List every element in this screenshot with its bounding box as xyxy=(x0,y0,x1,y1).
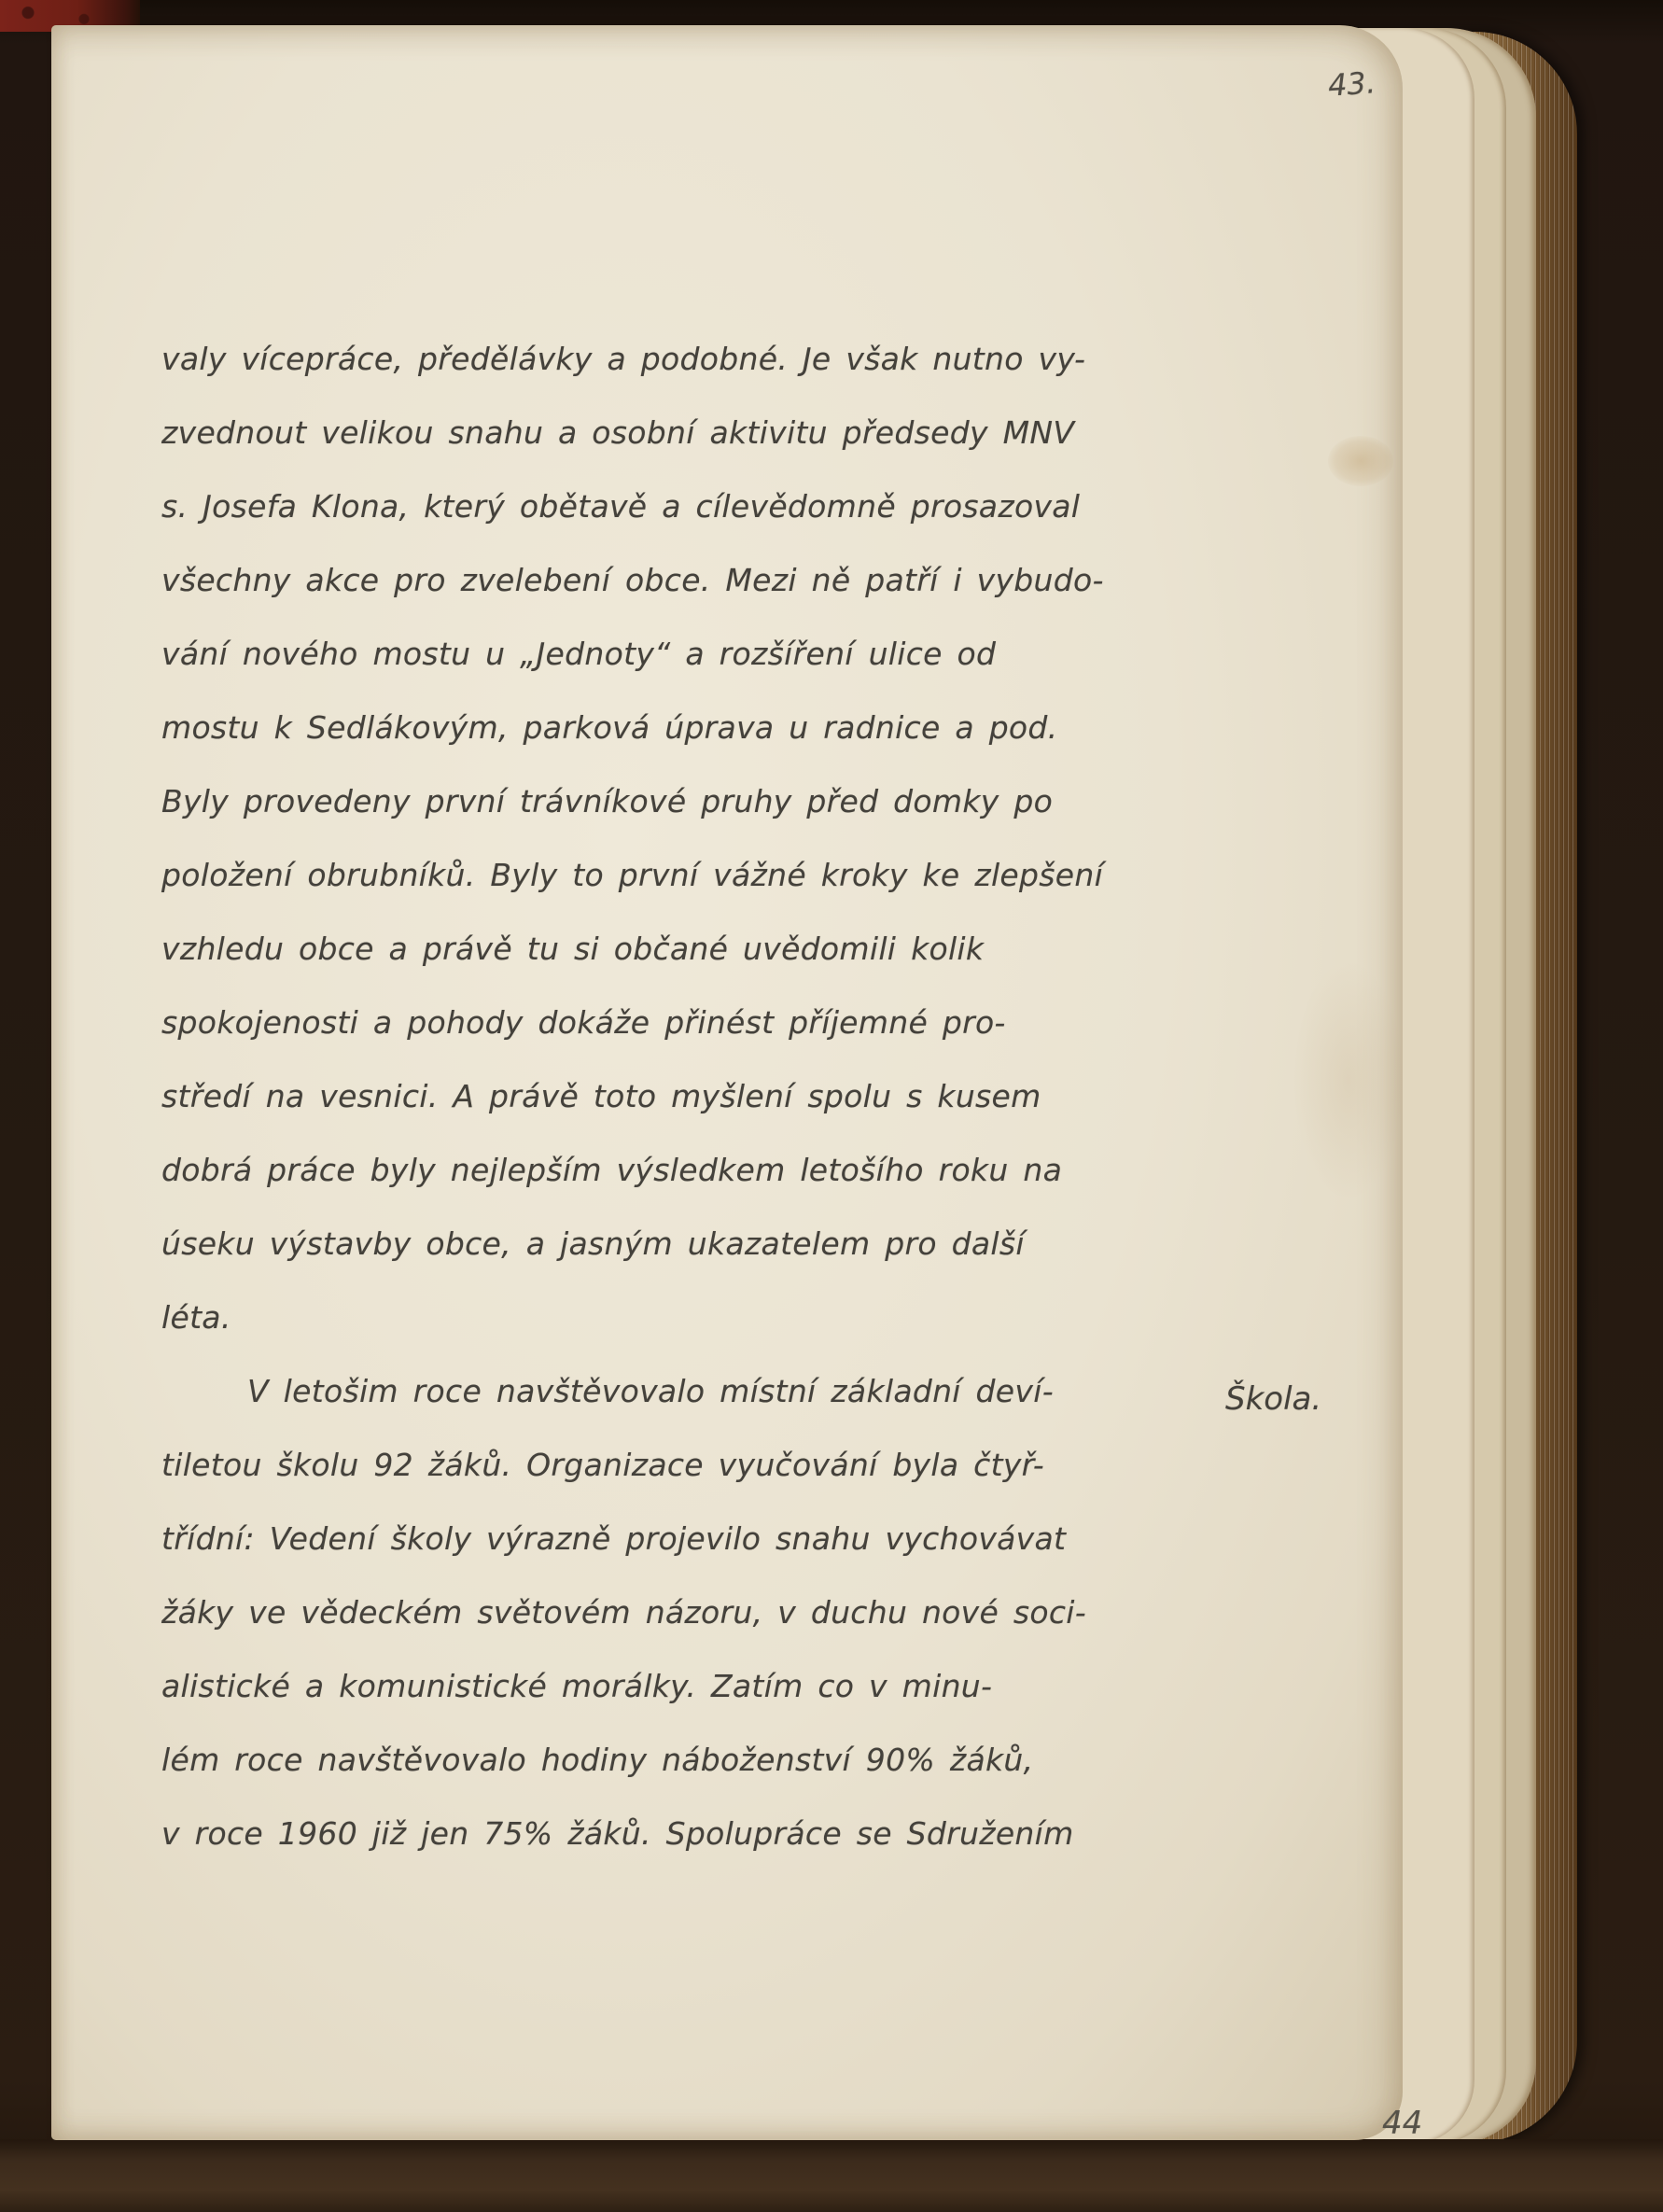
chronicle-page: 43. valy vícepráce, předělávky a podobné… xyxy=(51,25,1403,2140)
handwritten-line: žáky ve vědeckém světovém názoru, v duch… xyxy=(161,1575,1147,1649)
handwritten-line: lém roce navštěvovalo hodiny náboženství… xyxy=(161,1723,1147,1797)
paper-stain xyxy=(1328,436,1393,486)
handwritten-line: vání nového mostu u „Jednoty“ a rozšířen… xyxy=(161,617,1147,691)
handwritten-line: s. Josefa Klona, který obětavě a cílevěd… xyxy=(161,469,1147,543)
margin-note-skola: Škola. xyxy=(1225,1380,1321,1418)
handwritten-line: tiletou školu 92 žáků. Organizace vyučov… xyxy=(161,1428,1147,1502)
handwritten-line: alistické a komunistické morálky. Zatím … xyxy=(161,1649,1147,1723)
handwritten-line: spokojenosti a pohody dokáže přinést pří… xyxy=(161,986,1147,1059)
handwriting-block: valy vícepráce, předělávky a podobné. Je… xyxy=(161,322,1147,1870)
handwritten-line: léta. xyxy=(161,1281,1147,1354)
handwritten-line: středí na vesnici. A právě toto myšlení … xyxy=(161,1059,1147,1133)
handwritten-line: všechny akce pro zvelebení obce. Mezi ně… xyxy=(161,543,1147,617)
handwritten-line: úseku výstavby obce, a jasným ukazatelem… xyxy=(161,1207,1147,1281)
cover-bottom-board xyxy=(0,2139,1663,2212)
handwritten-line: v roce 1960 již jen 75% žáků. Spolupráce… xyxy=(161,1797,1147,1870)
handwritten-line: Byly provedeny první trávníkové pruhy př… xyxy=(161,764,1147,838)
handwritten-line: mostu k Sedlákovým, parková úprava u rad… xyxy=(161,691,1147,764)
page-number-top: 43. xyxy=(1327,64,1377,103)
handwritten-line: zvednout velikou snahu a osobní aktivitu… xyxy=(161,396,1147,469)
paper-stain xyxy=(1293,959,1404,1201)
book-photo: 43. valy vícepráce, předělávky a podobné… xyxy=(0,0,1663,2212)
handwritten-line: vzhledu obce a právě tu si občané uvědom… xyxy=(161,912,1147,986)
handwritten-line: V letošim roce navštěvovalo místní zákla… xyxy=(161,1354,1147,1428)
handwritten-line: položení obrubníků. Byly to první vážné … xyxy=(161,838,1147,912)
page-number-bottom: 44 xyxy=(1382,2105,1422,2142)
handwritten-line: dobrá práce byly nejlepším výsledkem let… xyxy=(161,1133,1147,1207)
handwritten-line: valy vícepráce, předělávky a podobné. Je… xyxy=(161,322,1147,396)
handwritten-line: třídní: Vedení školy výrazně projevilo s… xyxy=(161,1502,1147,1575)
